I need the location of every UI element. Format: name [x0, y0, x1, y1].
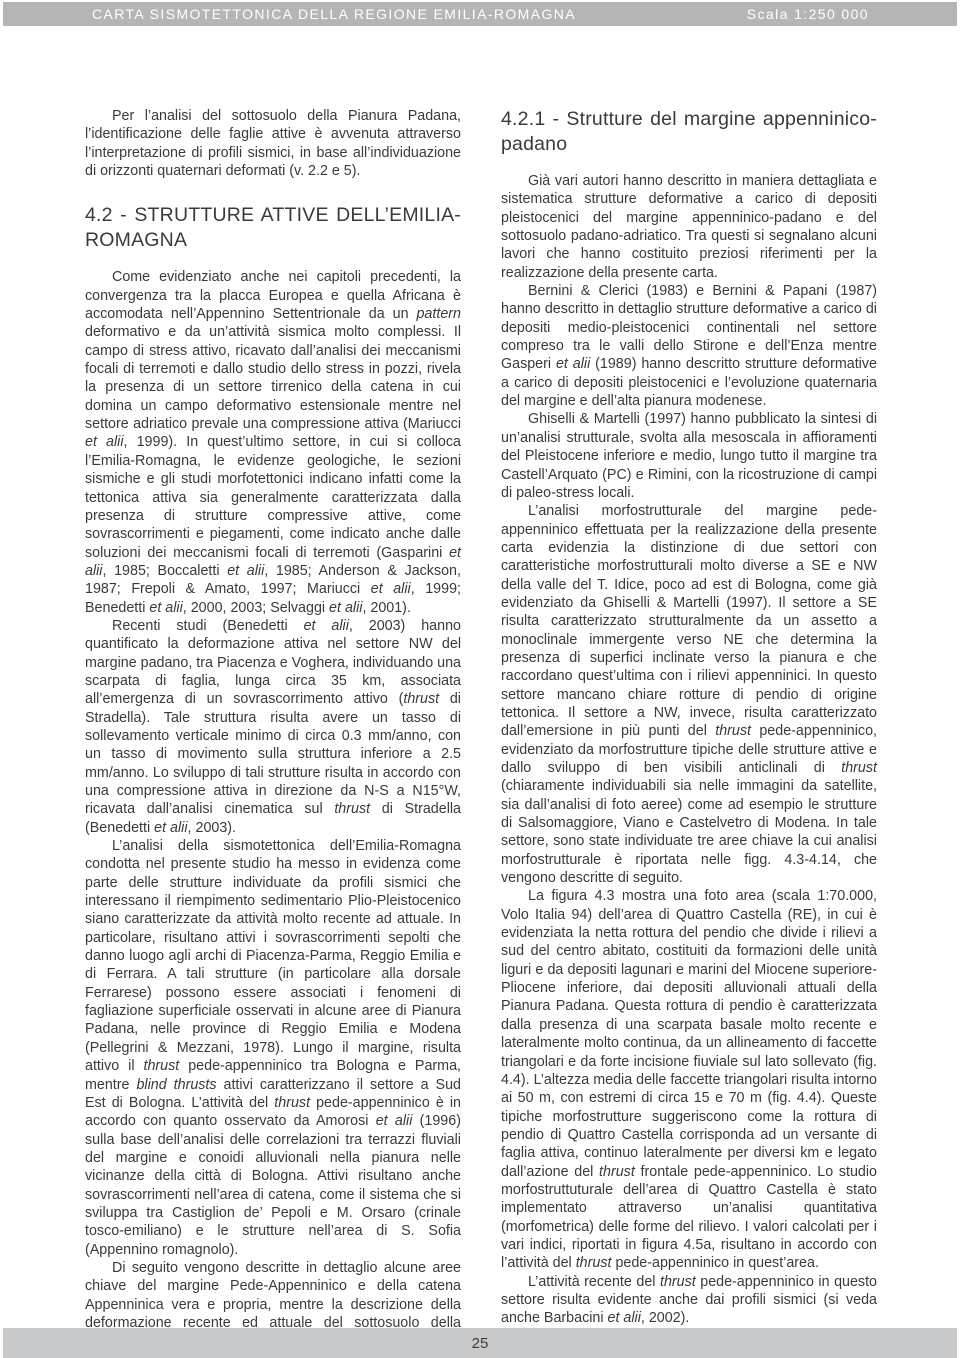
paragraph: Già vari autori hanno descritto in manie…	[501, 172, 877, 282]
section-heading: 4.2.1 - Strutture del margine appenninic…	[501, 107, 877, 157]
right-column: 4.2.1 - Strutture del margine appenninic…	[501, 107, 877, 1351]
section-heading: 4.2 - STRUTTURE ATTIVE DELL’EMILIA-ROMAG…	[85, 203, 461, 253]
header-bar: CARTA SISMOTETTONICA DELLA REGIONE EMILI…	[3, 2, 957, 26]
paragraph: Recenti studi (Benedetti et alii, 2003) …	[85, 617, 461, 837]
paragraph: L’attività recente del thrust pede-appen…	[501, 1273, 877, 1328]
paragraph: La figura 4.3 mostra una foto area (scal…	[501, 887, 877, 1272]
paragraph: Bernini & Clerici (1983) e Bernini & Pap…	[501, 282, 877, 410]
paragraph: L’analisi morfostrutturale del margine p…	[501, 502, 877, 887]
page-content: Per l’analisi del sottosuolo della Pianu…	[85, 107, 877, 1351]
document-title: CARTA SISMOTETTONICA DELLA REGIONE EMILI…	[92, 6, 576, 22]
footer-bar: 25	[3, 1328, 957, 1358]
paragraph: Per l’analisi del sottosuolo della Pianu…	[85, 107, 461, 180]
scale-label: Scala 1:250 000	[747, 6, 869, 22]
document-page: CARTA SISMOTETTONICA DELLA REGIONE EMILI…	[0, 0, 960, 1358]
paragraph: L’analisi della sismotettonica dell’Emil…	[85, 837, 461, 1259]
paragraph: Ghiselli & Martelli (1997) hanno pubblic…	[501, 410, 877, 502]
paragraph: Come evidenziato anche nei capitoli prec…	[85, 268, 461, 617]
page-number: 25	[472, 1335, 489, 1352]
left-column: Per l’analisi del sottosuolo della Pianu…	[85, 107, 461, 1351]
